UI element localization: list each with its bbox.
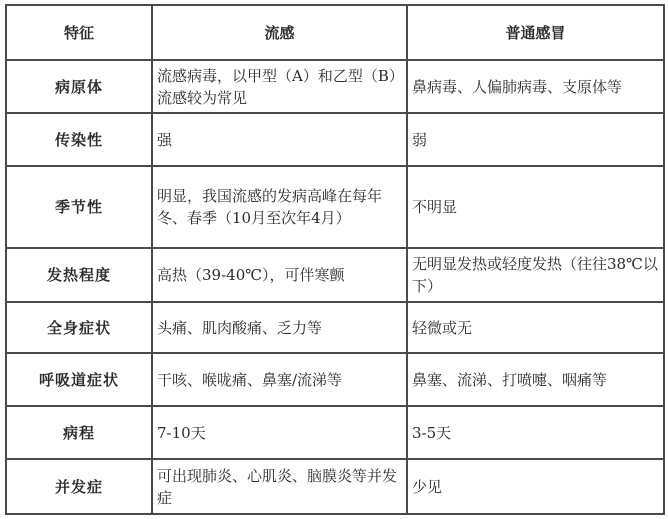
table-row: 全身症状 头痛、肌肉酸痛、乏力等 轻微或无 xyxy=(6,302,664,353)
table-row: 病原体 流感病毒，以甲型（A）和乙型（B）流感较为常见 鼻病毒、人偏肺病毒、支原… xyxy=(6,60,664,113)
feature-cell: 季节性 xyxy=(6,166,152,248)
feature-cell: 全身症状 xyxy=(6,302,152,353)
table-row: 发热程度 高热（39-40℃），可伴寒颤 无明显发热或轻度发热（往往38℃以下） xyxy=(6,248,664,302)
table-row: 传染性 强 弱 xyxy=(6,113,664,166)
header-flu: 流感 xyxy=(152,5,407,60)
flu-cell: 高热（39-40℃），可伴寒颤 xyxy=(152,248,407,302)
feature-cell: 并发症 xyxy=(6,459,152,514)
header-common-cold: 普通感冒 xyxy=(407,5,664,60)
flu-cell: 可出现肺炎、心肌炎、脑膜炎等并发症 xyxy=(152,459,407,514)
flu-cell: 流感病毒，以甲型（A）和乙型（B）流感较为常见 xyxy=(152,60,407,113)
header-feature: 特征 xyxy=(6,5,152,60)
cold-cell: 轻微或无 xyxy=(407,302,664,353)
flu-cell: 干咳、喉咙痛、鼻塞/流涕等 xyxy=(152,353,407,406)
flu-cell: 明显，我国流感的发病高峰在每年冬、春季（10月至次年4月） xyxy=(152,166,407,248)
feature-cell: 呼吸道症状 xyxy=(6,353,152,406)
cold-cell: 少见 xyxy=(407,459,664,514)
cold-cell: 无明显发热或轻度发热（往往38℃以下） xyxy=(407,248,664,302)
feature-cell: 发热程度 xyxy=(6,248,152,302)
table-row: 并发症 可出现肺炎、心肌炎、脑膜炎等并发症 少见 xyxy=(6,459,664,514)
cold-cell: 3-5天 xyxy=(407,406,664,459)
flu-vs-cold-comparison-table: 特征 流感 普通感冒 病原体 流感病毒，以甲型（A）和乙型（B）流感较为常见 鼻… xyxy=(5,4,665,515)
flu-cell: 强 xyxy=(152,113,407,166)
cold-cell: 弱 xyxy=(407,113,664,166)
table-row: 病程 7-10天 3-5天 xyxy=(6,406,664,459)
header-row: 特征 流感 普通感冒 xyxy=(6,5,664,60)
cold-cell: 不明显 xyxy=(407,166,664,248)
cold-cell: 鼻病毒、人偏肺病毒、支原体等 xyxy=(407,60,664,113)
feature-cell: 传染性 xyxy=(6,113,152,166)
table-row: 呼吸道症状 干咳、喉咙痛、鼻塞/流涕等 鼻塞、流涕、打喷嚏、咽痛等 xyxy=(6,353,664,406)
table-row: 季节性 明显，我国流感的发病高峰在每年冬、春季（10月至次年4月） 不明显 xyxy=(6,166,664,248)
feature-cell: 病程 xyxy=(6,406,152,459)
flu-cell: 7-10天 xyxy=(152,406,407,459)
cold-cell: 鼻塞、流涕、打喷嚏、咽痛等 xyxy=(407,353,664,406)
flu-cell: 头痛、肌肉酸痛、乏力等 xyxy=(152,302,407,353)
feature-cell: 病原体 xyxy=(6,60,152,113)
